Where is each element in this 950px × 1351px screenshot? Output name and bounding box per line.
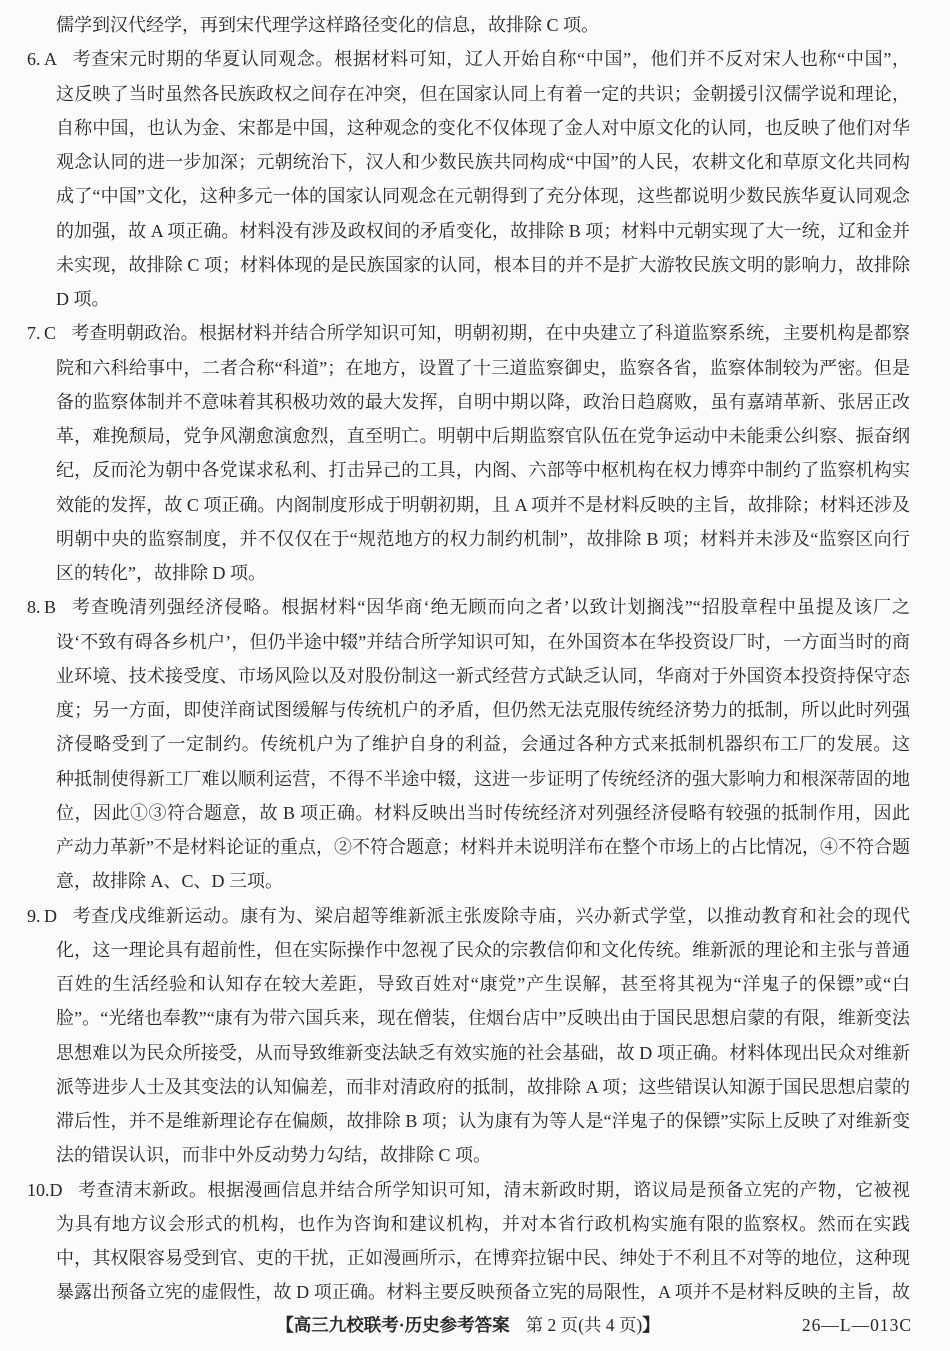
answer-line: 设‘不致有碍各乡机户’，但仍半途中辍”并结合所学知识可知，在外国资本在华投资设厂… — [0, 625, 910, 659]
answer-number: 7. — [27, 316, 44, 350]
answer-line: 纪，反而沦为朝中各党谋求私利、打击异己的工具，内阁、六部等中枢机构在权力博弈中制… — [0, 453, 910, 487]
answer-line: 为具有地方议会形式的机构，也作为咨询和建议机构，并对本省行政机构实施有限的监察权… — [0, 1207, 910, 1241]
answer-line: 革，难挽颓局，党争风潮愈演愈烈，直至明亡。明朝中后期监察官队伍在党争运动中未能秉… — [0, 419, 910, 453]
answer-text: 考查清末新政。根据漫画信息并结合所学知识可知，清末新政时期，谘议局是预备立宪的产… — [78, 1180, 911, 1200]
answer-number: 9. — [27, 899, 44, 933]
answer-line: 成了“中国”文化，这种多元一体的国家认同观念在元朝得到了充分体现，这些都说明少数… — [0, 179, 910, 213]
answer-first-line: 8.B考查晚清列强经济侵略。根据材料“因华商‘绝无顾而向之者’以致计划搁浅”“招… — [0, 590, 910, 624]
answer-line: 效能的发挥，故 C 项正确。内阁制度形成于明朝初期，且 A 项并不是材料反映的主… — [0, 488, 910, 522]
answer-line: 济侵略受到了一定制约。传统机户为了维护自身的利益，会通过各种方式来抵制机器织布工… — [0, 727, 910, 761]
answer-line: 中，其权限容易受到官、吏的干扰，正如漫画所示，在博弈拉锯中民、绅处于不利且不对等… — [0, 1241, 910, 1275]
answer-letter: A — [44, 42, 57, 76]
paper-code: 26—L—013C — [802, 1308, 912, 1342]
answer-letter: C — [44, 316, 56, 350]
answer-line: 意，故排除 A、C、D 三项。 — [0, 864, 910, 898]
footer-caption: 【高三九校联考·历史参考答案第 2 页(共 4 页)】 — [0, 1308, 936, 1342]
answer-line: 百姓的生活经验和认知存在较大差距，导致百姓对“康党”产生误解，甚至将其视为“洋鬼… — [0, 967, 910, 1001]
answer-first-line: 9.D考查戊戌维新运动。康有为、梁启超等维新派主张废除寺庙，兴办新式学堂，以推动… — [0, 899, 910, 933]
answer-text: 考查宋元时期的华夏认同观念。根据材料可知，辽人开始自称“中国”，他们并不反对宋人… — [72, 49, 910, 69]
footer-bracket-open: 【 — [276, 1315, 294, 1335]
answer-line: 区的转化”，故排除 D 项。 — [0, 556, 910, 590]
page-footer: 【高三九校联考·历史参考答案第 2 页(共 4 页)】 26—L—013C — [0, 1308, 950, 1342]
answer-line: 化，这一理论具有超前性，但在实际操作中忽视了民众的宗教信仰和文化传统。维新派的理… — [0, 933, 910, 967]
answer-number: 10. — [27, 1173, 50, 1207]
footer-title: 高三九校联考·历史参考答案 — [294, 1315, 510, 1335]
answer-line: 派等进步人士及其变法的认知偏差，而非对清政府的抵制，故排除 A 项；这些错误认知… — [0, 1070, 910, 1104]
answer-line: 未实现，故排除 C 项；材料体现的是民族国家的认同，根本目的并不是扩大游牧民族文… — [0, 248, 910, 282]
carryover-line: 儒学到汉代经学，再到宋代理学这样路径变化的信息，故排除 C 项。 — [0, 8, 910, 42]
answer-line: 产动力革新”不是材料论证的重点，②不符合题意；材料并未说明洋布在整个市场上的占比… — [0, 830, 910, 864]
answer-line: 这反映了当时虽然各民族政权之间存在冲突，但在国家认同上有着一定的共识；金朝援引汉… — [0, 77, 910, 111]
footer-page-number: 第 2 页(共 4 页) — [526, 1315, 643, 1335]
answer-line: D 项。 — [0, 282, 910, 316]
answer-line: 备的监察体制并不意味着其积极功效的最大发挥，自明中期以降，政治日趋腐败，虽有嘉靖… — [0, 385, 910, 419]
exam-answer-page: 儒学到汉代经学，再到宋代理学这样路径变化的信息，故排除 C 项。6.A考查宋元时… — [0, 0, 950, 1351]
answer-line: 观念认同的进一步加深；元朝统治下，汉人和少数民族共同构成“中国”的人民，农耕文化… — [0, 145, 910, 179]
answer-line: 脸”。“光绪也奉教”“康有为带六国兵来，现在僧装，住烟台店中”反映出由于国民思想… — [0, 1001, 910, 1035]
answer-number: 6. — [27, 42, 44, 76]
answer-line: 度；另一方面，即使洋商试图缓解与传统机户的矛盾，但仍然无法克服传统经济势力的抵制… — [0, 693, 910, 727]
footer-bracket-close: 】 — [642, 1315, 660, 1335]
answer-first-line: 6.A考查宋元时期的华夏认同观念。根据材料可知，辽人开始自称“中国”，他们并不反… — [0, 42, 910, 76]
answer-line: 自称中国，也认为金、宋都是中国，这种观念的变化不仅体现了金人对中原文化的认同，也… — [0, 111, 910, 145]
answer-first-line: 7.C考查明朝政治。根据材料并结合所学知识可知，明朝初期，在中央建立了科道监察系… — [0, 316, 910, 350]
answer-letter: B — [44, 590, 56, 624]
answer-line: 院和六科给事中，二者合称“科道”；在地方，设置了十三道监察御史，监察各省，监察体… — [0, 351, 910, 385]
answer-text: 考查晚清列强经济侵略。根据材料“因华商‘绝无顾而向之者’以致计划搁浅”“招股章程… — [71, 597, 910, 617]
answer-number: 8. — [27, 590, 44, 624]
answer-line: 位，因此①③符合题意，故 B 项正确。材料反映出当时传统经济对列强经济侵略有较强… — [0, 796, 910, 830]
answer-letter: D — [44, 899, 57, 933]
answer-line: 法的错误认识，而非中外反动势力勾结，故排除 C 项。 — [0, 1138, 910, 1172]
answer-line: 暴露出预备立宪的虚假性，故 D 项正确。材料主要反映预备立宪的局限性，A 项并不… — [0, 1275, 910, 1309]
answer-explanations: 儒学到汉代经学，再到宋代理学这样路径变化的信息，故排除 C 项。6.A考查宋元时… — [0, 8, 910, 1310]
answer-line: 滞后性，并不是维新理论存在偏颇，故排除 B 项；认为康有为等人是“洋鬼子的保镖”… — [0, 1104, 910, 1138]
answer-first-line: 10.D考查清末新政。根据漫画信息并结合所学知识可知，清末新政时期，谘议局是预备… — [0, 1173, 910, 1207]
answer-line: 思想难以为民众所接受，从而导致维新变法缺乏有效实施的社会基础，故 D 项正确。材… — [0, 1036, 910, 1070]
answer-line: 业环境、技术接受度、市场风险以及对股份制这一新式经营方式缺乏认同，华商对于外国资… — [0, 659, 910, 693]
answer-letter: D — [50, 1173, 63, 1207]
answer-line: 的加强，故 A 项正确。材料没有涉及政权间的矛盾变化，故排除 B 项；材料中元朝… — [0, 214, 910, 248]
answer-text: 考查戊戌维新运动。康有为、梁启超等维新派主张废除寺庙，兴办新式学堂，以推动教育和… — [72, 906, 910, 926]
answer-text: 考查明朝政治。根据材料并结合所学知识可知，明朝初期，在中央建立了科道监察系统，主… — [71, 323, 910, 343]
answer-line: 种抵制使得新工厂难以顺利运营，不得不半途中辍，这进一步证明了传统经济的强大影响力… — [0, 762, 910, 796]
answer-line: 明朝中央的监察制度，并不仅仅在于“规范地方的权力制约机制”，故排除 B 项；材料… — [0, 522, 910, 556]
